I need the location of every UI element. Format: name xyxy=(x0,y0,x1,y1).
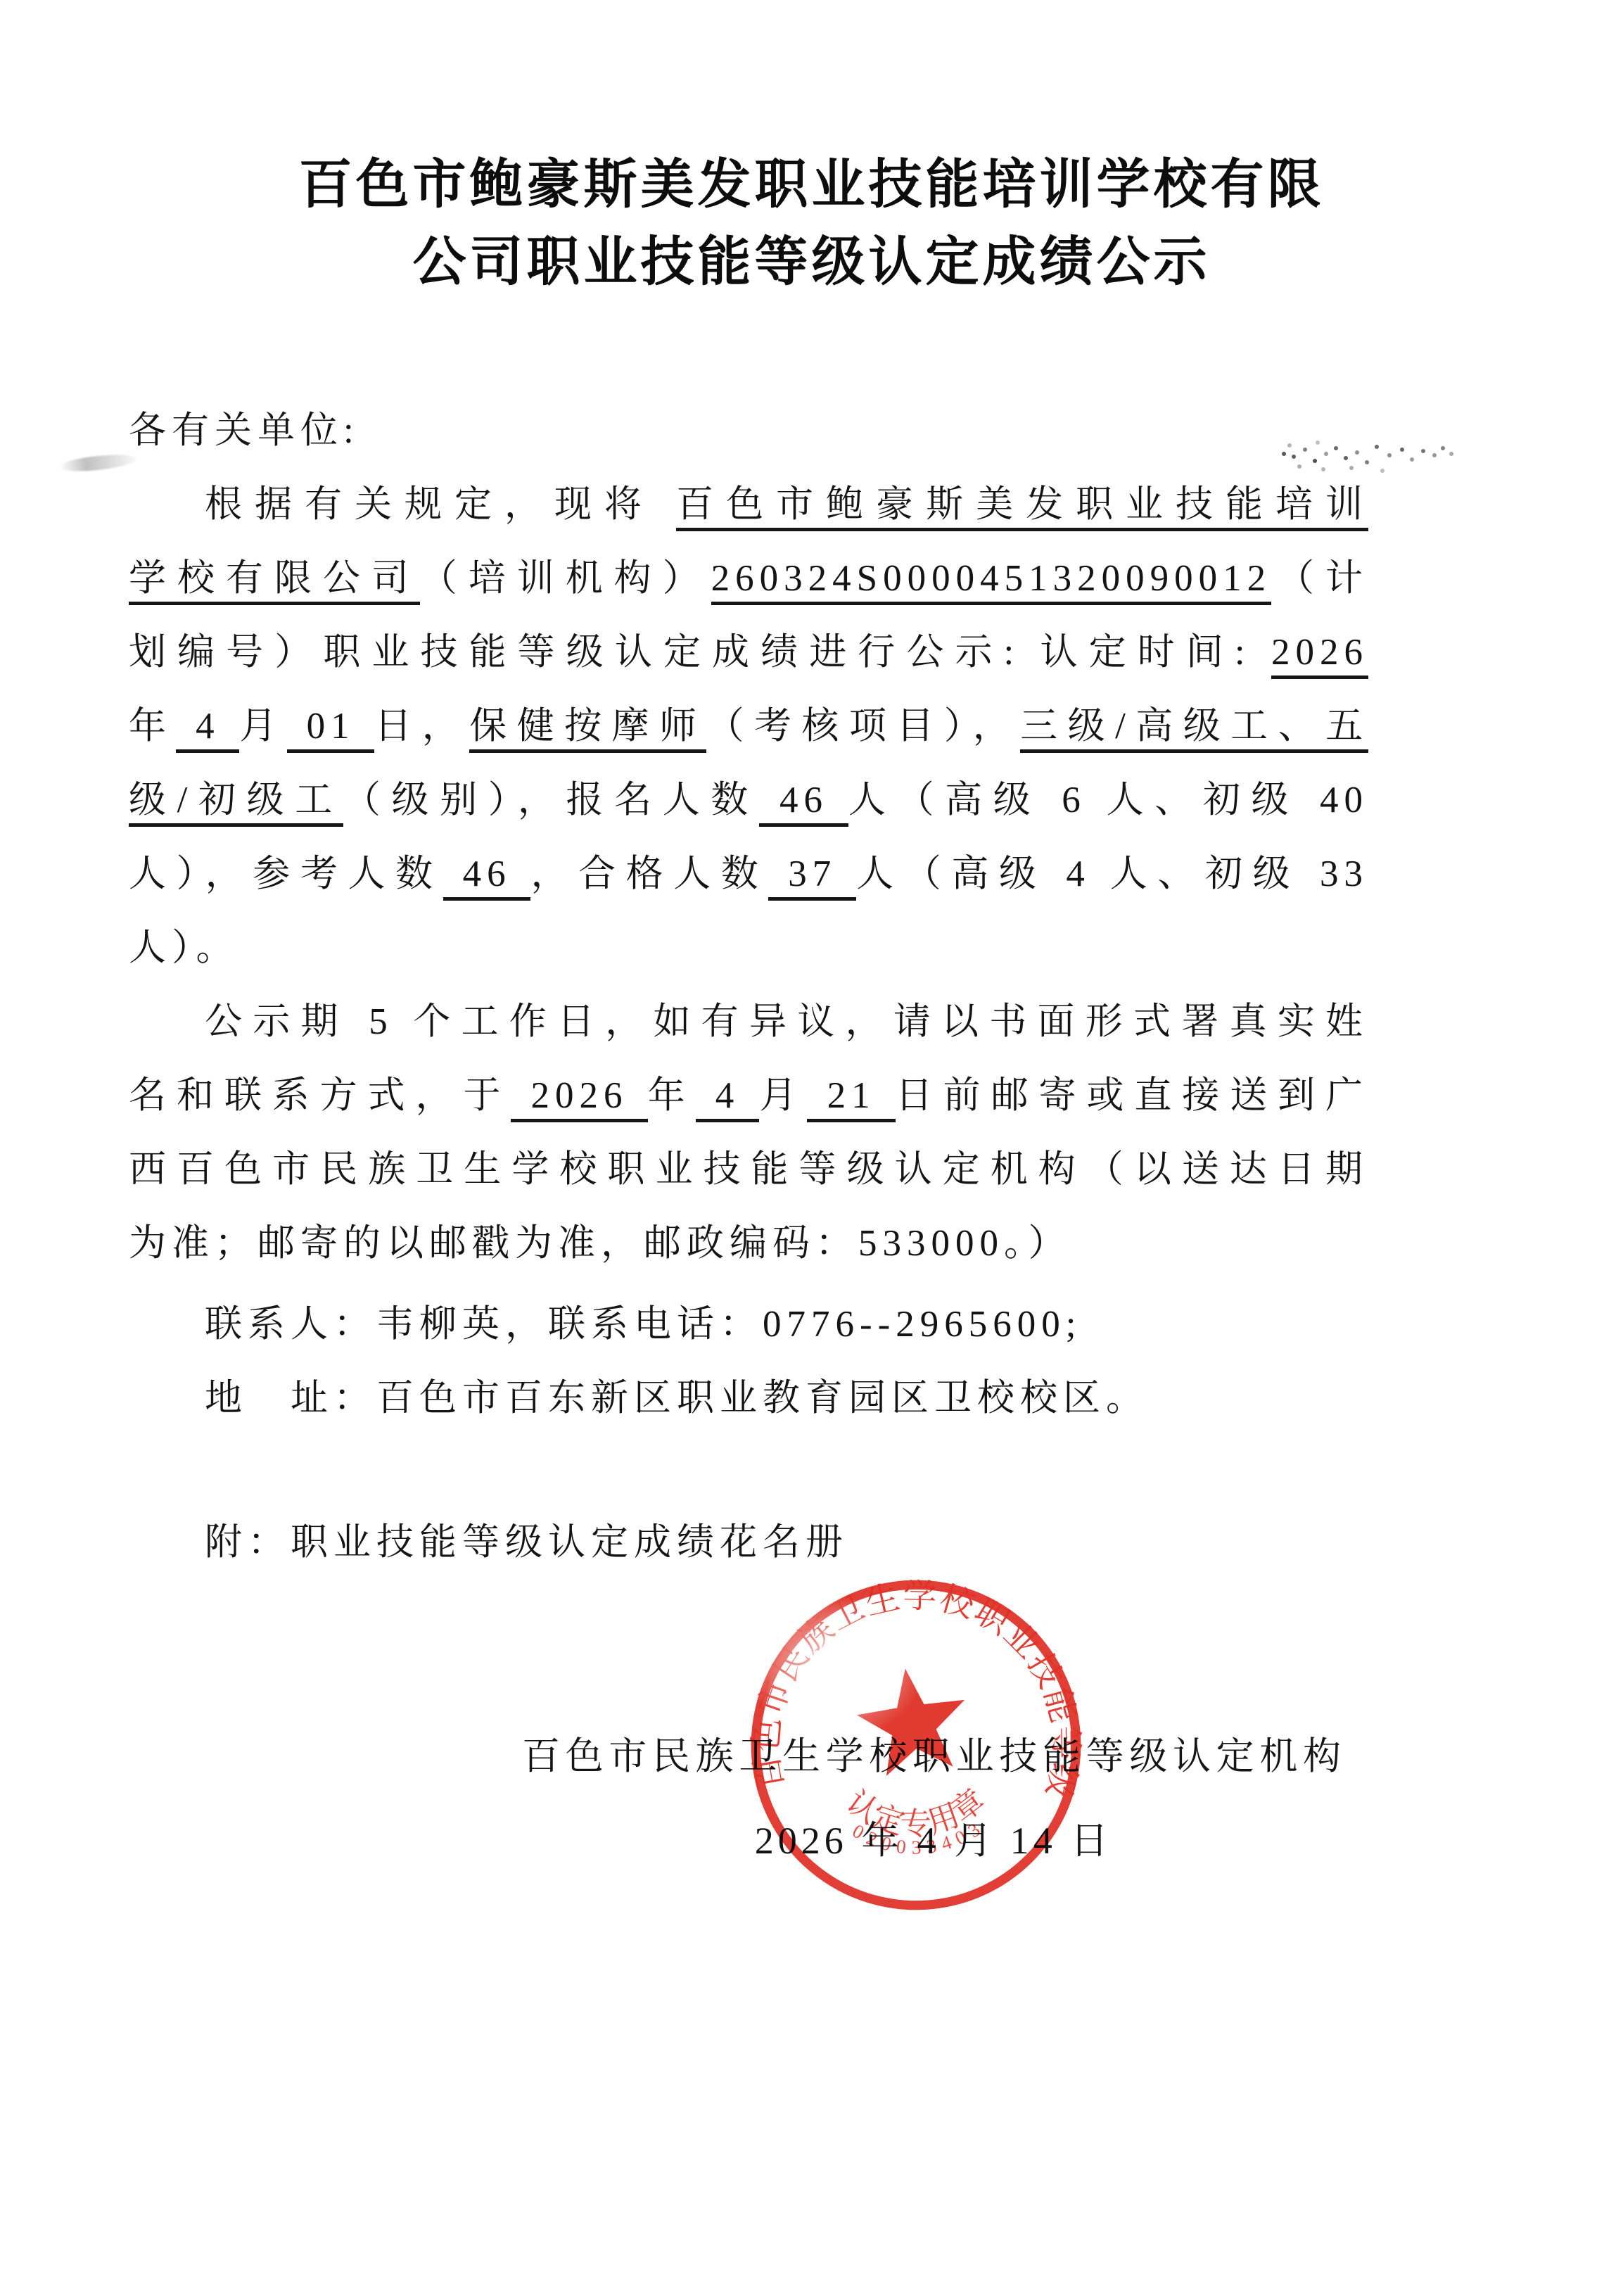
body-line: 人）。 xyxy=(129,911,1368,985)
underlined-field: 学校有限公司 xyxy=(129,558,420,605)
text-segment: ，合格人数 xyxy=(530,854,768,894)
body-line: 西百色市民族卫生学校职业技能等级认定机构（以送达日期 xyxy=(129,1133,1368,1207)
underlined-field: 4 xyxy=(696,1075,760,1122)
text-segment: 年 xyxy=(129,706,176,747)
text-segment: 名和联系方式，于 xyxy=(129,1075,511,1116)
seal-star-icon xyxy=(851,1661,974,1779)
document-title: 百色市鲍豪斯美发职业技能培训学校有限 公司职业技能等级认定成绩公示 xyxy=(0,146,1623,301)
text-segment: 人（高级 6 人、初级 40 xyxy=(848,780,1368,820)
underlined-field: 21 xyxy=(807,1075,895,1122)
text-segment: 月 xyxy=(239,706,286,747)
text-segment: 日前邮寄或直接送到广 xyxy=(896,1075,1368,1116)
text-segment: 年 xyxy=(648,1075,696,1116)
body-line: 划编号）职业技能等级认定成绩进行公示: 认定时间: 2026 xyxy=(129,616,1368,690)
underlined-field: 三级/高级工、五 xyxy=(1020,706,1368,753)
text-segment: 人（高级 4 人、初级 33 xyxy=(856,854,1368,894)
underlined-field: 4 xyxy=(176,706,239,753)
underlined-field: 260324S0000451320090012 xyxy=(711,558,1271,605)
body-line: 联系人：韦柳英，联系电话：0776--2965600; xyxy=(129,1288,1368,1362)
text-segment: （计 xyxy=(1271,558,1368,599)
underlined-field: 2026 xyxy=(511,1075,647,1122)
scan-smudge xyxy=(58,452,136,474)
text-segment: 为准；邮寄的以邮戳为准，邮政编码：533000。） xyxy=(129,1223,1071,1264)
text-segment: 根据有关规定，现将 xyxy=(205,484,676,525)
text-segment: 各有关单位: xyxy=(129,410,359,451)
underlined-field: 百色市鲍豪斯美发职业技能培训 xyxy=(676,484,1368,531)
text-segment: 人），参考人数 xyxy=(129,854,443,894)
body-line: 各有关单位: xyxy=(129,394,1368,468)
body-line: 级/初级工（级别），报名人数 46 人（高级 6 人、初级 40 xyxy=(129,763,1368,837)
body-line: 年 4 月 01 日，保健按摩师（考核项目），三级/高级工、五 xyxy=(129,690,1368,763)
body-line: 根据有关规定，现将 百色市鲍豪斯美发职业技能培训 xyxy=(129,468,1368,542)
text-segment: 西百色市民族卫生学校职业技能等级认定机构（以送达日期 xyxy=(129,1149,1368,1190)
scan-noise-speckles xyxy=(1282,452,1286,456)
scanned-notice-page: 百色市鲍豪斯美发职业技能培训学校有限 公司职业技能等级认定成绩公示 各有关单位:… xyxy=(0,0,1623,2296)
underlined-field: 保健按摩师 xyxy=(469,706,706,753)
text-segment: 附：职业技能等级认定成绩花名册 xyxy=(205,1522,848,1563)
title-line-1: 百色市鲍豪斯美发职业技能培训学校有限 xyxy=(0,146,1623,224)
body-line: 为准；邮寄的以邮戳为准，邮政编码：533000。） xyxy=(129,1207,1368,1281)
text-segment: （考核项目）， xyxy=(706,706,1020,747)
underlined-field: 37 xyxy=(768,854,856,901)
text-segment: （培训机构） xyxy=(420,558,711,599)
text-segment: 划编号）职业技能等级认定成绩进行公示: 认定时间: xyxy=(129,632,1271,673)
body-line: 人），参考人数 46 ，合格人数 37 人（高级 4 人、初级 33 xyxy=(129,837,1368,911)
text-segment: （级别），报名人数 xyxy=(343,780,759,820)
body-line: 地 址：百色市百东新区职业教育园区卫校校区。 xyxy=(129,1362,1368,1435)
body-text: 各有关单位:根据有关规定，现将 百色市鲍豪斯美发职业技能培训学校有限公司（培训机… xyxy=(129,394,1368,1580)
underlined-field: 级/初级工 xyxy=(129,780,343,827)
text-segment: 日， xyxy=(374,706,469,747)
underlined-field: 2026 xyxy=(1271,632,1368,679)
text-segment: 联系人：韦柳英，联系电话：0776--2965600; xyxy=(205,1304,1082,1345)
underlined-field: 46 xyxy=(443,854,531,901)
text-segment: 公示期 5 个工作日，如有异议，请以书面形式署真实姓 xyxy=(205,1001,1368,1042)
title-line-2: 公司职业技能等级认定成绩公示 xyxy=(0,224,1623,301)
underlined-field: 01 xyxy=(287,706,374,753)
underlined-field: 46 xyxy=(759,780,848,827)
body-line: 附：职业技能等级认定成绩花名册 xyxy=(129,1506,1368,1580)
body-line: 名和联系方式，于 2026 年 4 月 21 日前邮寄或直接送到广 xyxy=(129,1059,1368,1133)
body-line: 公示期 5 个工作日，如有异议，请以书面形式署真实姓 xyxy=(129,985,1368,1059)
official-seal-stamp: 百色市民族卫生学校职业技能等级 认定专用章 020033403 xyxy=(744,1573,1088,1917)
text-segment: 人）。 xyxy=(129,927,239,968)
text-segment: 地 址：百色市百东新区职业教育园区卫校校区。 xyxy=(205,1378,1149,1419)
text-segment: 月 xyxy=(759,1075,807,1116)
body-line: 学校有限公司（培训机构）260324S0000451320090012（计 xyxy=(129,542,1368,616)
